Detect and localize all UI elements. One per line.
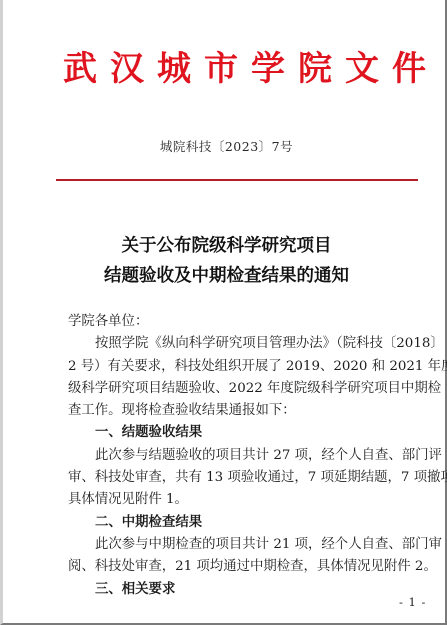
document-number: 城院科技〔2023〕7号 bbox=[3, 137, 447, 155]
intro-line: 2 号）有关要求，科技处组织开展了 2019、2020 和 2021 年度院 bbox=[68, 356, 413, 378]
section-line: 具体情况见附件 1。 bbox=[68, 489, 413, 511]
red-divider-line bbox=[56, 179, 418, 181]
section-line: 阅、科技处审查，21 项均通过中期检查，具体情况见附件 2。 bbox=[68, 556, 413, 578]
intro-line: 按照学院《纵向科学研究项目管理办法》（院科技〔2018〕 bbox=[68, 333, 413, 355]
document-page: 武汉城市学院文件 城院科技〔2023〕7号 关于公布院级科学研究项目 结题验收及… bbox=[0, 0, 447, 625]
page-number: - 1 - bbox=[399, 595, 426, 609]
salutation: 学院各单位： bbox=[68, 311, 413, 333]
section-heading-midterm-results: 二、中期检查结果 bbox=[68, 512, 413, 534]
intro-line: 查工作。现将检查验收结果通报如下： bbox=[68, 400, 413, 422]
section-line: 审、科技处审查，共有 13 项验收通过，7 项延期结题，7 项撤项， bbox=[68, 467, 413, 489]
section-heading-closing-results: 一、结题验收结果 bbox=[68, 422, 413, 444]
notice-title-line-2: 结题验收及中期检查结果的通知 bbox=[3, 261, 447, 291]
masthead-title: 武汉城市学院文件 bbox=[63, 47, 408, 91]
section-paragraph: 此次参与中期检查的项目共计 21 项，经个人自查、部门审 阅、科技处审查，21 … bbox=[68, 534, 413, 579]
intro-paragraph: 按照学院《纵向科学研究项目管理办法》（院科技〔2018〕 2 号）有关要求，科技… bbox=[68, 333, 413, 422]
section-heading-requirements: 三、相关要求 bbox=[68, 579, 413, 601]
section-line: 此次参与结题验收的项目共计 27 项，经个人自查、部门评 bbox=[68, 445, 413, 467]
intro-line: 级科学研究项目结题验收、2022 年度院级科学研究项目中期检 bbox=[68, 378, 413, 400]
notice-body: 学院各单位： 按照学院《纵向科学研究项目管理办法》（院科技〔2018〕 2 号）… bbox=[68, 311, 413, 601]
section-paragraph: 此次参与结题验收的项目共计 27 项，经个人自查、部门评 审、科技处审查，共有 … bbox=[68, 445, 413, 512]
notice-title-line-1: 关于公布院级科学研究项目 bbox=[3, 231, 447, 261]
section-line: 此次参与中期检查的项目共计 21 项，经个人自查、部门审 bbox=[68, 534, 413, 556]
